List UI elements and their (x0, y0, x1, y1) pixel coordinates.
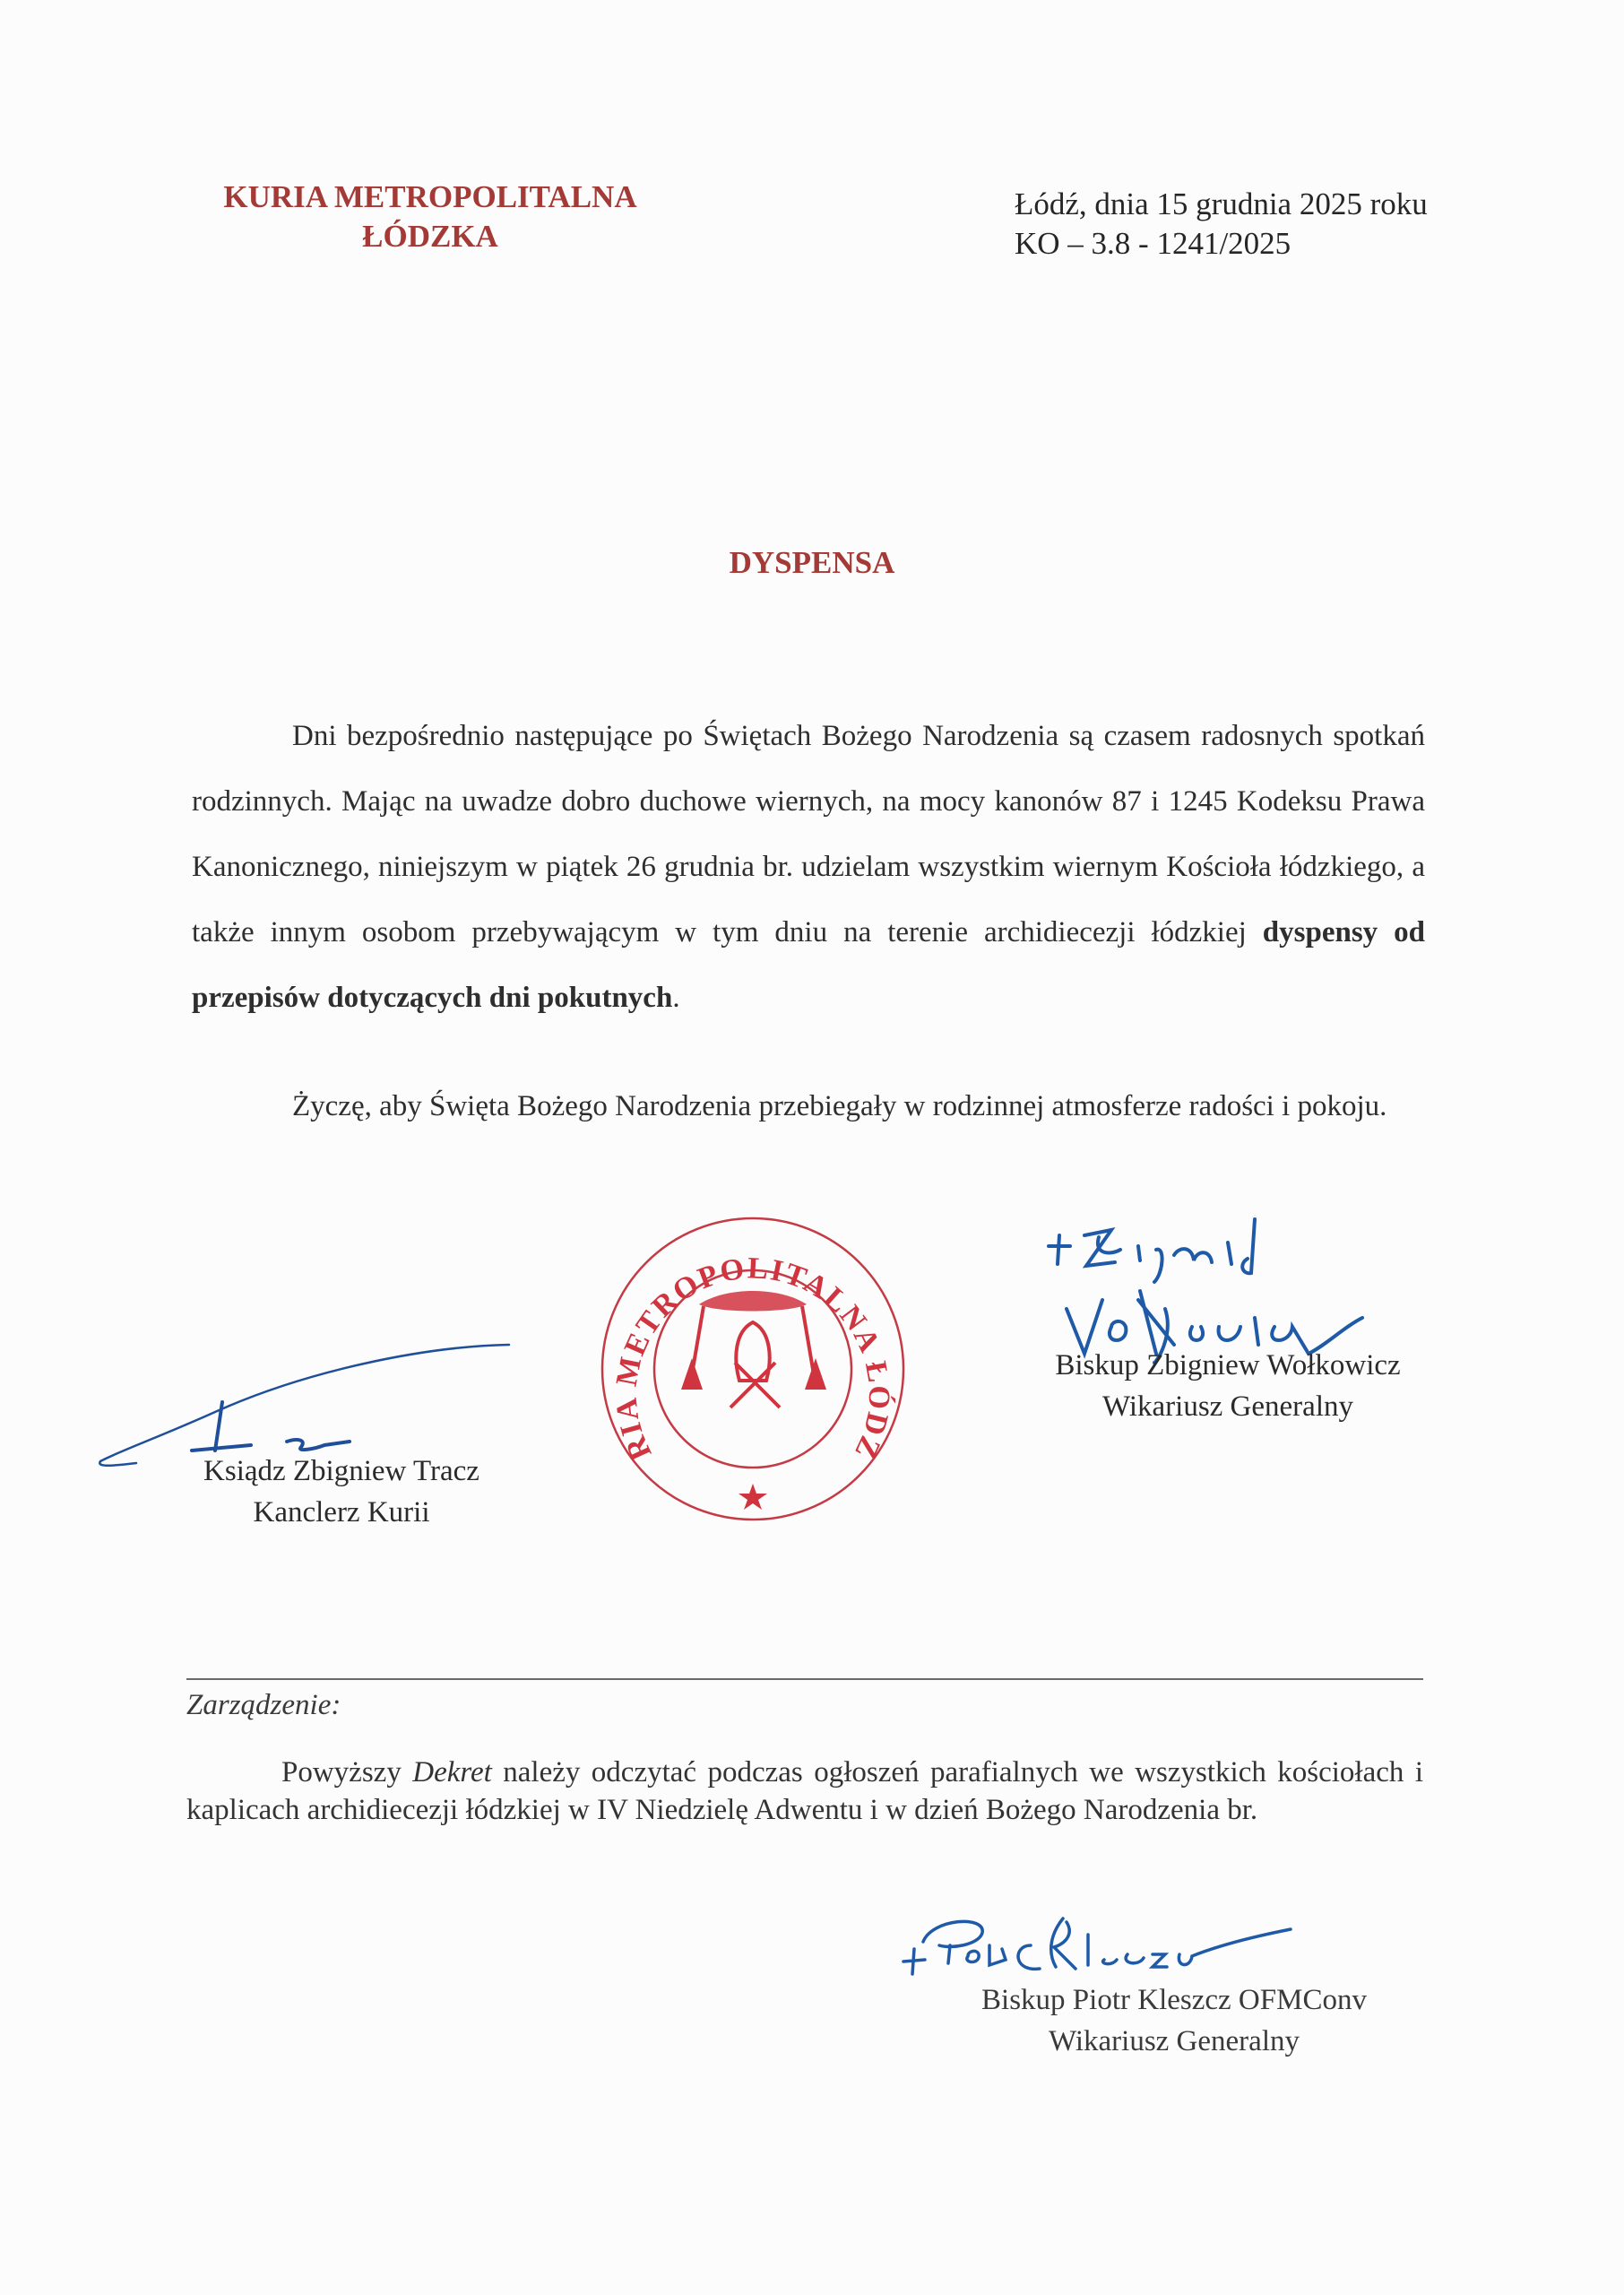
paragraph-1-text: Dni bezpośrednio następujące po Świętach… (192, 720, 1425, 948)
issuer-line-1: KURIA METROPOLITALNA (161, 178, 699, 217)
signatory-tracz: Ksiądz Zbigniew Tracz Kanclerz Kurii (176, 1451, 507, 1533)
place-date: Łódź, dnia 15 grudnia 2025 roku (1015, 185, 1428, 224)
paragraph-2-text: Życzę, aby Święta Bożego Narodzenia prze… (192, 1074, 1425, 1139)
order-text-start: Powyższy (281, 1756, 412, 1788)
order-text: Powyższy Dekret należy odczytać podczas … (186, 1754, 1423, 1829)
signatory-wolkowicz-name: Biskup Zbigniew Wołkowicz (1022, 1345, 1434, 1386)
signatory-wolkowicz-role: Wikariusz Generalny (1022, 1386, 1434, 1427)
document-title: DYSPENSA (0, 545, 1624, 581)
signatory-kleszcz-name: Biskup Piotr Kleszcz OFMConv (941, 1979, 1407, 2021)
order-text-decree: Dekret (412, 1756, 492, 1788)
signatory-wolkowicz: Biskup Zbigniew Wołkowicz Wikariusz Gene… (1022, 1345, 1434, 1427)
signatory-kleszcz: Biskup Piotr Kleszcz OFMConv Wikariusz G… (941, 1979, 1407, 2062)
official-stamp-icon: KURIA METROPOLITALNA ŁÓDZKA (592, 1215, 914, 1529)
issuer-line-2: ŁÓDZKA (161, 217, 699, 256)
paragraph-1-end: . (672, 982, 679, 1014)
body-paragraph-1: Dni bezpośrednio następujące po Świętach… (192, 704, 1425, 1031)
order-heading: Zarządzenie: (186, 1689, 341, 1722)
signatory-tracz-name: Ksiądz Zbigniew Tracz (176, 1451, 507, 1492)
issuer-header: KURIA METROPOLITALNA ŁÓDZKA (161, 178, 699, 256)
document-meta: Łódź, dnia 15 grudnia 2025 roku KO – 3.8… (1015, 185, 1428, 264)
signature-kleszcz-icon (896, 1910, 1326, 1990)
reference-number: KO – 3.8 - 1241/2025 (1015, 224, 1428, 264)
signatory-kleszcz-role: Wikariusz Generalny (941, 2021, 1407, 2062)
signatory-tracz-role: Kanclerz Kurii (176, 1492, 507, 1533)
body-paragraph-2: Życzę, aby Święta Bożego Narodzenia prze… (192, 1074, 1425, 1139)
section-divider (186, 1678, 1423, 1680)
svg-text:KURIA METROPOLITALNA ŁÓDZKA: KURIA METROPOLITALNA ŁÓDZKA (579, 1189, 897, 1465)
